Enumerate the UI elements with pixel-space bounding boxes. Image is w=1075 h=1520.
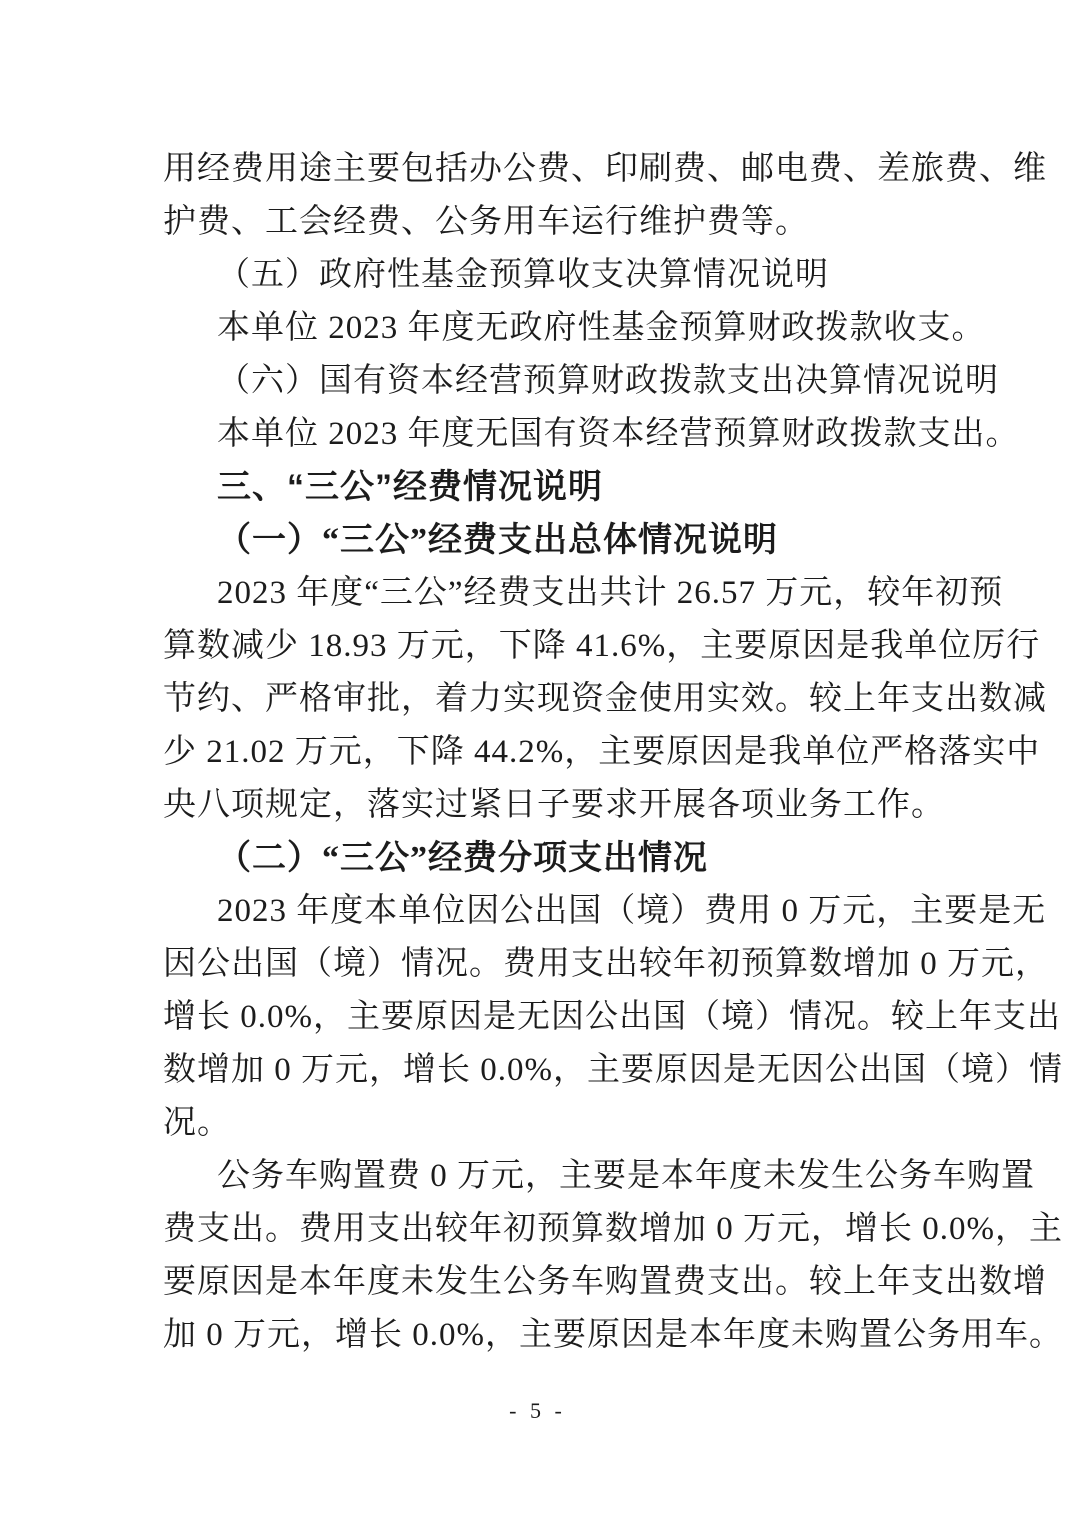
text-line: 本单位 2023 年度无国有资本经营预算财政拨款支出。: [163, 408, 923, 461]
text-line: 节约、严格审批，着力实现资金使用实效。较上年支出数减: [163, 673, 923, 726]
text-line: 护费、工会经费、公务用车运行维护费等。: [163, 196, 923, 249]
section-heading: （一）“三公”经费支出总体情况说明: [163, 514, 923, 567]
text-line: （六）国有资本经营预算财政拨款支出决算情况说明: [163, 355, 923, 408]
text-line: 用经费用途主要包括办公费、印刷费、邮电费、差旅费、维: [163, 143, 923, 196]
text-line: 央八项规定，落实过紧日子要求开展各项业务工作。: [163, 779, 923, 832]
text-line: 2023 年度本单位因公出国（境）费用 0 万元，主要是无: [163, 885, 923, 938]
section-heading: （二）“三公”经费分项支出情况: [163, 832, 923, 885]
text-line: 本单位 2023 年度无政府性基金预算财政拨款收支。: [163, 302, 923, 355]
text-line: 少 21.02 万元，下降 44.2%，主要原因是我单位严格落实中: [163, 726, 923, 779]
page-number: - 5 -: [0, 1398, 1075, 1424]
text-line: 增长 0.0%，主要原因是无因公出国（境）情况。较上年支出: [163, 991, 923, 1044]
text-line: 因公出国（境）情况。费用支出较年初预算数增加 0 万元，: [163, 938, 923, 991]
text-line: 算数减少 18.93 万元，下降 41.6%，主要原因是我单位厉行: [163, 620, 923, 673]
text-line: 数增加 0 万元，增长 0.0%，主要原因是无因公出国（境）情: [163, 1044, 923, 1097]
text-line: （五）政府性基金预算收支决算情况说明: [163, 249, 923, 302]
document-body: 用经费用途主要包括办公费、印刷费、邮电费、差旅费、维护费、工会经费、公务用车运行…: [163, 143, 923, 1362]
text-line: 加 0 万元，增长 0.0%，主要原因是本年度未购置公务用车。: [163, 1309, 923, 1362]
text-line: 要原因是本年度未发生公务车购置费支出。较上年支出数增: [163, 1256, 923, 1309]
text-line: 公务车购置费 0 万元，主要是本年度未发生公务车购置: [163, 1150, 923, 1203]
text-line: 费支出。费用支出较年初预算数增加 0 万元，增长 0.0%，主: [163, 1203, 923, 1256]
text-line: 2023 年度“三公”经费支出共计 26.57 万元，较年初预: [163, 567, 923, 620]
document-page: 用经费用途主要包括办公费、印刷费、邮电费、差旅费、维护费、工会经费、公务用车运行…: [0, 0, 1075, 1520]
text-line: 况。: [163, 1097, 923, 1150]
section-heading: 三、“三公”经费情况说明: [163, 461, 923, 514]
